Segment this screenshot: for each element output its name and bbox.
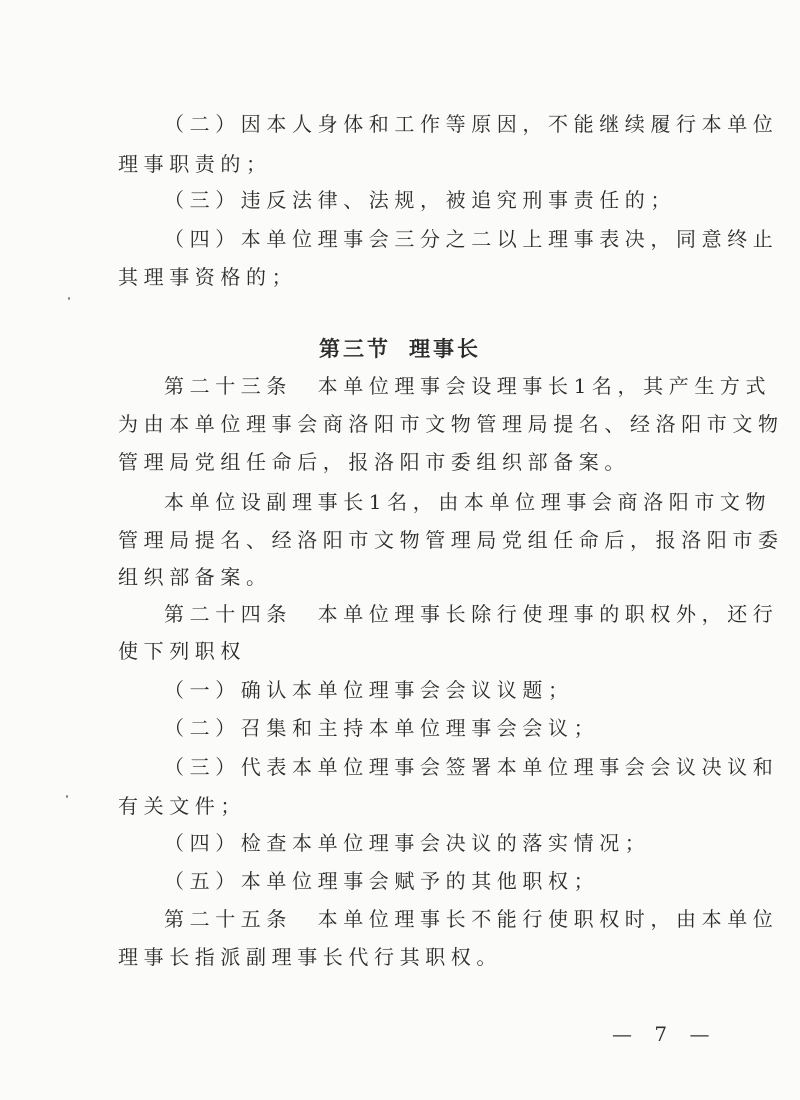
paragraph-line: （四）本单位理事会三分之二以上理事表决，同意终止 — [164, 225, 678, 253]
paragraph-line: 理事职责的； — [118, 150, 678, 178]
article-23-line: 组织部备案。 — [118, 563, 678, 591]
article-24-line: 使下列职权 — [118, 637, 678, 665]
list-item: （三）代表本单位理事会签署本单位理事会会议决议和 — [164, 753, 678, 781]
section-number: 第三节 — [319, 337, 391, 361]
article-23-line: 管理局党组任命后，报洛阳市委组织部备案。 — [118, 448, 678, 476]
section-title: 理事长 — [409, 337, 481, 361]
scan-speck — [68, 297, 70, 300]
section-heading: 第三节理事长 — [0, 333, 800, 363]
paragraph-line: （三）违反法律、法规，被追究刑事责任的； — [164, 186, 678, 214]
article-25-line: 第二十五条 本单位理事长不能行使职权时，由本单位 — [164, 905, 678, 933]
paragraph-line: 其理事资格的； — [118, 263, 678, 291]
list-item: （二）召集和主持本单位理事会会议； — [164, 714, 678, 742]
list-item: （一）确认本单位理事会会议议题； — [164, 676, 678, 704]
list-item: 有关文件； — [118, 792, 678, 820]
paragraph-line: （二）因本人身体和工作等原因，不能继续履行本单位 — [164, 110, 678, 138]
article-25-line: 理事长指派副理事长代行其职权。 — [118, 943, 678, 971]
article-23-line: 为由本单位理事会商洛阳市文物管理局提名、经洛阳市文物 — [118, 410, 678, 438]
article-23-line: 本单位设副理事长1名，由本单位理事会商洛阳市文物 — [164, 488, 678, 516]
list-item: （五）本单位理事会赋予的其他职权； — [164, 867, 678, 895]
article-23-line: 第二十三条 本单位理事会设理事长1名，其产生方式 — [164, 372, 678, 400]
article-23-line: 管理局提名、经洛阳市文物管理局党组任命后，报洛阳市委 — [118, 526, 678, 554]
scan-speck — [66, 795, 68, 798]
list-item: （四）检查本单位理事会决议的落实情况； — [164, 829, 678, 857]
page-number: — 7 — — [612, 1022, 717, 1046]
document-page: （二）因本人身体和工作等原因，不能继续履行本单位 理事职责的； （三）违反法律、… — [0, 0, 800, 1100]
article-24-line: 第二十四条 本单位理事长除行使理事的职权外，还行 — [164, 600, 678, 628]
